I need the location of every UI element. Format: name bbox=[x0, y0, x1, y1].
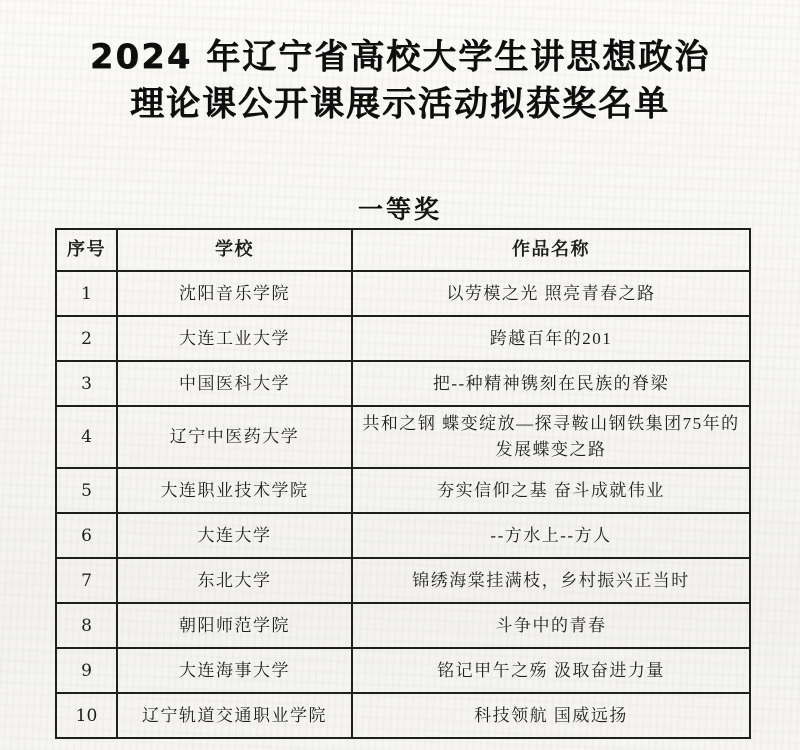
table-row: 4 辽宁中医药大学 共和之钢 蝶变绽放—探寻鞍山钢铁集团75年的发展蝶变之路 bbox=[56, 406, 750, 468]
header-school: 学校 bbox=[117, 229, 352, 271]
table-cell-school: 大连工业大学 bbox=[117, 316, 352, 361]
table-cell-index: 5 bbox=[56, 468, 117, 513]
table-cell-index: 9 bbox=[56, 648, 117, 693]
table-cell-school: 东北大学 bbox=[117, 558, 352, 603]
table-row: 6 大连大学 --方水上--方人 bbox=[56, 513, 750, 558]
header-index: 序号 bbox=[56, 229, 117, 271]
table-cell-work: 把--种精神镌刻在民族的脊梁 bbox=[352, 361, 750, 406]
table-cell-work: 铭记甲午之殇 汲取奋进力量 bbox=[352, 648, 750, 693]
award-table: 序号 学校 作品名称 1 沈阳音乐学院 以劳模之光 照亮青春之路 2 大连工业大… bbox=[55, 228, 751, 739]
table-cell-work: --方水上--方人 bbox=[352, 513, 750, 558]
table-row: 3 中国医科大学 把--种精神镌刻在民族的脊梁 bbox=[56, 361, 750, 406]
scanned-document-page: 2024 年辽宁省高校大学生讲思想政治 理论课公开课展示活动拟获奖名单 一等奖 … bbox=[0, 0, 800, 750]
table-cell-index: 1 bbox=[56, 271, 117, 316]
table-cell-school: 中国医科大学 bbox=[117, 361, 352, 406]
table-cell-work: 夯实信仰之基 奋斗成就伟业 bbox=[352, 468, 750, 513]
table-cell-index: 8 bbox=[56, 603, 117, 648]
table-cell-work: 跨越百年的201 bbox=[352, 316, 750, 361]
table-cell-index: 6 bbox=[56, 513, 117, 558]
table-row: 7 东北大学 锦绣海棠挂满枝，乡村振兴正当时 bbox=[56, 558, 750, 603]
table-cell-school: 大连海事大学 bbox=[117, 648, 352, 693]
table-cell-index: 4 bbox=[56, 406, 117, 468]
table-row: 10 辽宁轨道交通职业学院 科技领航 国威远扬 bbox=[56, 693, 750, 738]
document-title-line2: 理论课公开课展示活动拟获奖名单 bbox=[0, 81, 800, 128]
table-cell-work: 以劳模之光 照亮青春之路 bbox=[352, 271, 750, 316]
table-cell-index: 3 bbox=[56, 361, 117, 406]
table-cell-school: 辽宁轨道交通职业学院 bbox=[117, 693, 352, 738]
table-row: 1 沈阳音乐学院 以劳模之光 照亮青春之路 bbox=[56, 271, 750, 316]
table-row: 9 大连海事大学 铭记甲午之殇 汲取奋进力量 bbox=[56, 648, 750, 693]
table-cell-work: 斗争中的青春 bbox=[352, 603, 750, 648]
table-header-row: 序号 学校 作品名称 bbox=[56, 229, 750, 271]
table-cell-index: 2 bbox=[56, 316, 117, 361]
table-cell-index: 7 bbox=[56, 558, 117, 603]
document-title: 2024 年辽宁省高校大学生讲思想政治 理论课公开课展示活动拟获奖名单 bbox=[0, 34, 800, 128]
prize-section-heading: 一等奖 bbox=[0, 190, 800, 226]
table-cell-index: 10 bbox=[56, 693, 117, 738]
table-cell-school: 沈阳音乐学院 bbox=[117, 271, 352, 316]
table-cell-school: 朝阳师范学院 bbox=[117, 603, 352, 648]
table-cell-school: 大连大学 bbox=[117, 513, 352, 558]
table-row: 2 大连工业大学 跨越百年的201 bbox=[56, 316, 750, 361]
table-cell-work: 锦绣海棠挂满枝，乡村振兴正当时 bbox=[352, 558, 750, 603]
table-cell-school: 辽宁中医药大学 bbox=[117, 406, 352, 468]
table-cell-school: 大连职业技术学院 bbox=[117, 468, 352, 513]
table-cell-work: 共和之钢 蝶变绽放—探寻鞍山钢铁集团75年的发展蝶变之路 bbox=[352, 406, 750, 468]
header-work: 作品名称 bbox=[352, 229, 750, 271]
table-row: 8 朝阳师范学院 斗争中的青春 bbox=[56, 603, 750, 648]
document-title-line1: 2024 年辽宁省高校大学生讲思想政治 bbox=[0, 34, 800, 81]
table-cell-work: 科技领航 国威远扬 bbox=[352, 693, 750, 738]
table-row: 5 大连职业技术学院 夯实信仰之基 奋斗成就伟业 bbox=[56, 468, 750, 513]
